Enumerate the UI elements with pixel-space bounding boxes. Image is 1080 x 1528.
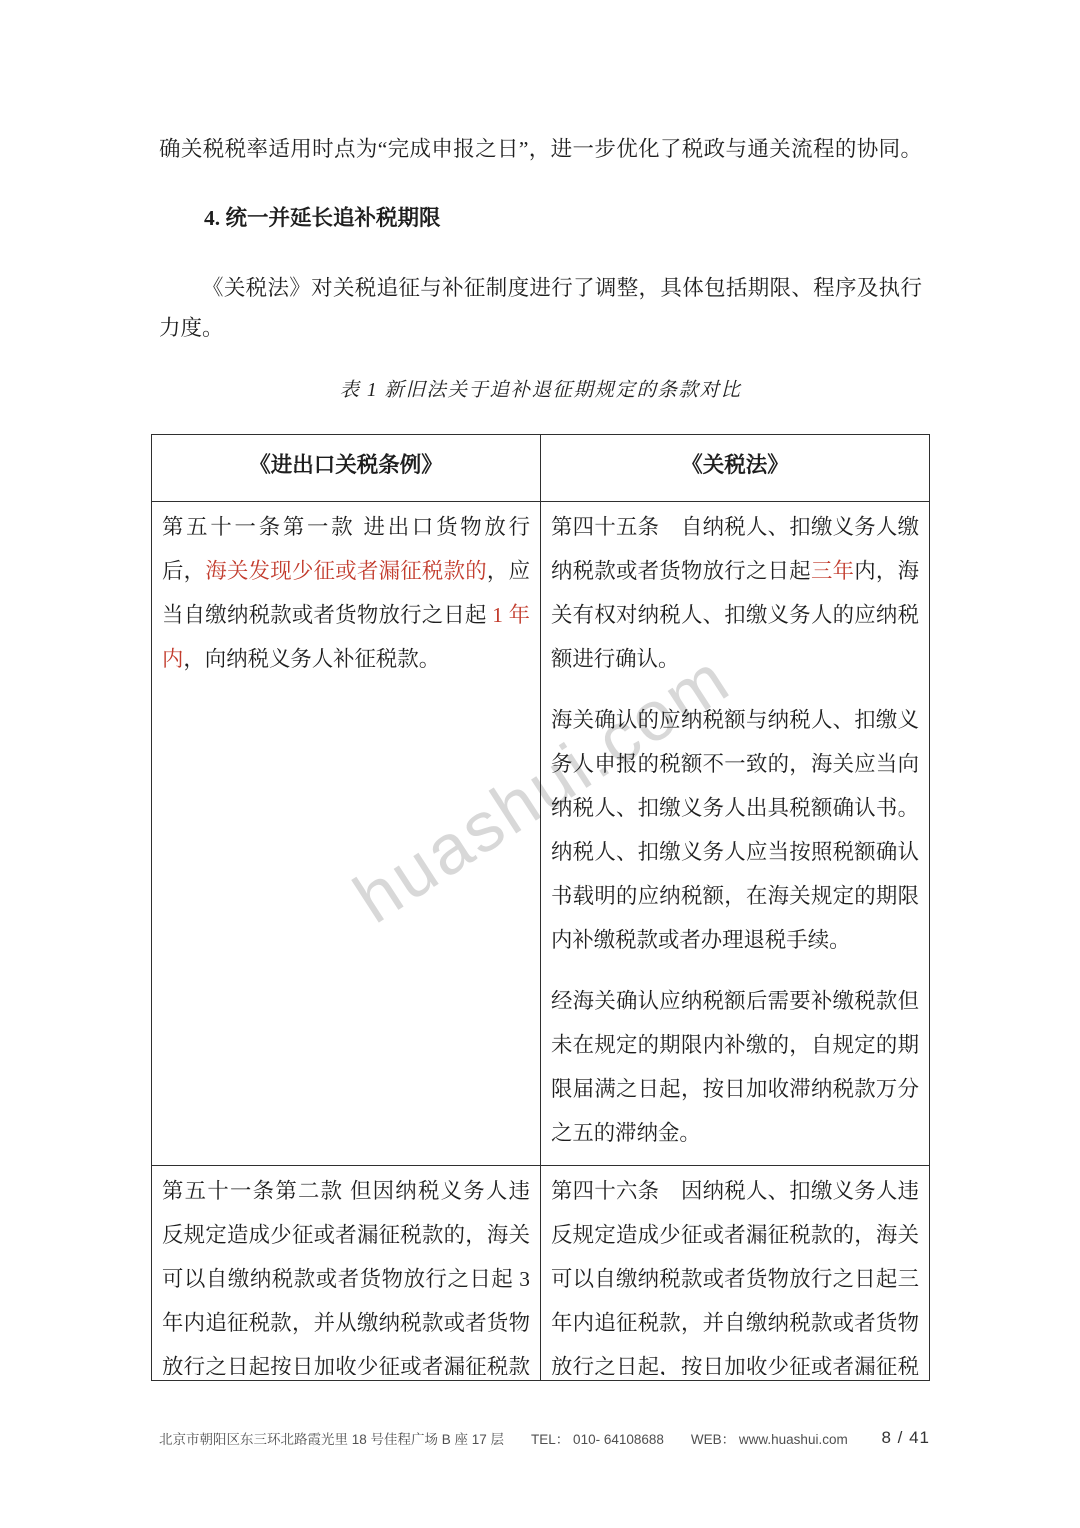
cell-old-law-row2: 第五十一条第二款 但因纳税义务人违反规定造成少征或者漏征税款的，海关可以自缴纳税… — [152, 1166, 541, 1381]
cell-old-law-row1: 第五十一条第一款 进出口货物放行后，海关发现少征或者漏征税款的，应当自缴纳税款或… — [152, 502, 541, 1166]
cell-content: 第五十一条第一款 进出口货物放行后，海关发现少征或者漏征税款的，应当自缴纳税款或… — [162, 505, 530, 681]
cell-text: 海关确认的应纳税额与纳税人、扣缴义务人申报的税额不一致的，海关应当向纳税人、扣缴… — [551, 708, 919, 952]
table-row: 第五十一条第一款 进出口货物放行后，海关发现少征或者漏征税款的，应当自缴纳税款或… — [152, 502, 930, 1166]
cell-text: 经海关确认应纳税额后需要补缴税款但未在规定的期限内补缴的，自规定的期限届满之日起… — [551, 989, 919, 1145]
document-page: huashui.com 确关税税率适用时点为“完成申报之日”，进一步优化了税政与… — [0, 0, 1080, 1528]
table-row: 第五十一条第二款 但因纳税义务人违反规定造成少征或者漏征税款的，海关可以自缴纳税… — [152, 1166, 930, 1381]
page-footer: 北京市朝阳区东三环北路霞光里 18 号佳程广场 B 座 17 层 TEL： 01… — [159, 1428, 930, 1448]
law-comparison-table: 《进出口关税条例》 《关税法》 第五十一条第一款 进出口货物放行后，海关发现少征… — [151, 434, 930, 1381]
highlighted-text: 海关发现少征或者漏征税款的 — [205, 559, 487, 583]
highlighted-text: 三年 — [811, 559, 854, 583]
body-intro-line: 确关税税率适用时点为“完成申报之日”，进一步优化了税政与通关流程的协同。 — [159, 128, 922, 170]
body-paragraph: 《关税法》对关税追征与补征制度进行了调整，具体包括期限、程序及执行力度。 — [159, 268, 922, 348]
cell-paragraph: 第五十一条第一款 进出口货物放行后，海关发现少征或者漏征税款的，应当自缴纳税款或… — [162, 505, 530, 681]
table-caption: 表 1 新旧法关于追补退征期规定的条款对比 — [151, 374, 930, 402]
section-heading: 4. 统一并延长追补税期限 — [204, 197, 441, 239]
cell-content: 第四十五条 自纳税人、扣缴义务人缴纳税款或者货物放行之日起三年内，海关有权对纳税… — [551, 505, 919, 1155]
cell-content: 第四十六条 因纳税人、扣缴义务人违反规定造成少征或者漏征税款的，海关可以自缴纳税… — [551, 1169, 919, 1375]
cell-text: 第四十六条 因纳税人、扣缴义务人违反规定造成少征或者漏征税款的，海关可以自缴纳税… — [551, 1179, 919, 1375]
cell-new-law-row1: 第四十五条 自纳税人、扣缴义务人缴纳税款或者货物放行之日起三年内，海关有权对纳税… — [541, 502, 930, 1166]
table-header-row: 《进出口关税条例》 《关税法》 — [152, 435, 930, 502]
cell-paragraph: 第四十六条 因纳税人、扣缴义务人违反规定造成少征或者漏征税款的，海关可以自缴纳税… — [551, 1169, 919, 1375]
footer-tel: TEL： 010- 64108688 — [531, 1428, 664, 1448]
cell-new-law-row2: 第四十六条 因纳税人、扣缴义务人违反规定造成少征或者漏征税款的，海关可以自缴纳税… — [541, 1166, 930, 1381]
cell-paragraph: 经海关确认应纳税额后需要补缴税款但未在规定的期限内补缴的，自规定的期限届满之日起… — [551, 979, 919, 1155]
footer-web: WEB： www.huashui.com — [691, 1428, 848, 1448]
footer-address: 北京市朝阳区东三环北路霞光里 18 号佳程广场 B 座 17 层 — [159, 1428, 504, 1448]
table-header-old-law: 《进出口关税条例》 — [152, 435, 541, 502]
cell-content: 第五十一条第二款 但因纳税义务人违反规定造成少征或者漏征税款的，海关可以自缴纳税… — [162, 1169, 530, 1375]
cell-paragraph: 第五十一条第二款 但因纳税义务人违反规定造成少征或者漏征税款的，海关可以自缴纳税… — [162, 1169, 530, 1375]
cell-paragraph: 海关确认的应纳税额与纳税人、扣缴义务人申报的税额不一致的，海关应当向纳税人、扣缴… — [551, 698, 919, 962]
cell-text: ，向纳税义务人补征税款。 — [183, 647, 440, 671]
cell-text: 第五十一条第二款 但因纳税义务人违反规定造成少征或者漏征税款的，海关可以自缴纳税… — [162, 1179, 530, 1375]
footer-contact-info: 北京市朝阳区东三环北路霞光里 18 号佳程广场 B 座 17 层 TEL： 01… — [159, 1428, 848, 1448]
table-header-new-law: 《关税法》 — [541, 435, 930, 502]
page-number: 8 / 41 — [881, 1428, 930, 1448]
cell-paragraph: 第四十五条 自纳税人、扣缴义务人缴纳税款或者货物放行之日起三年内，海关有权对纳税… — [551, 505, 919, 681]
